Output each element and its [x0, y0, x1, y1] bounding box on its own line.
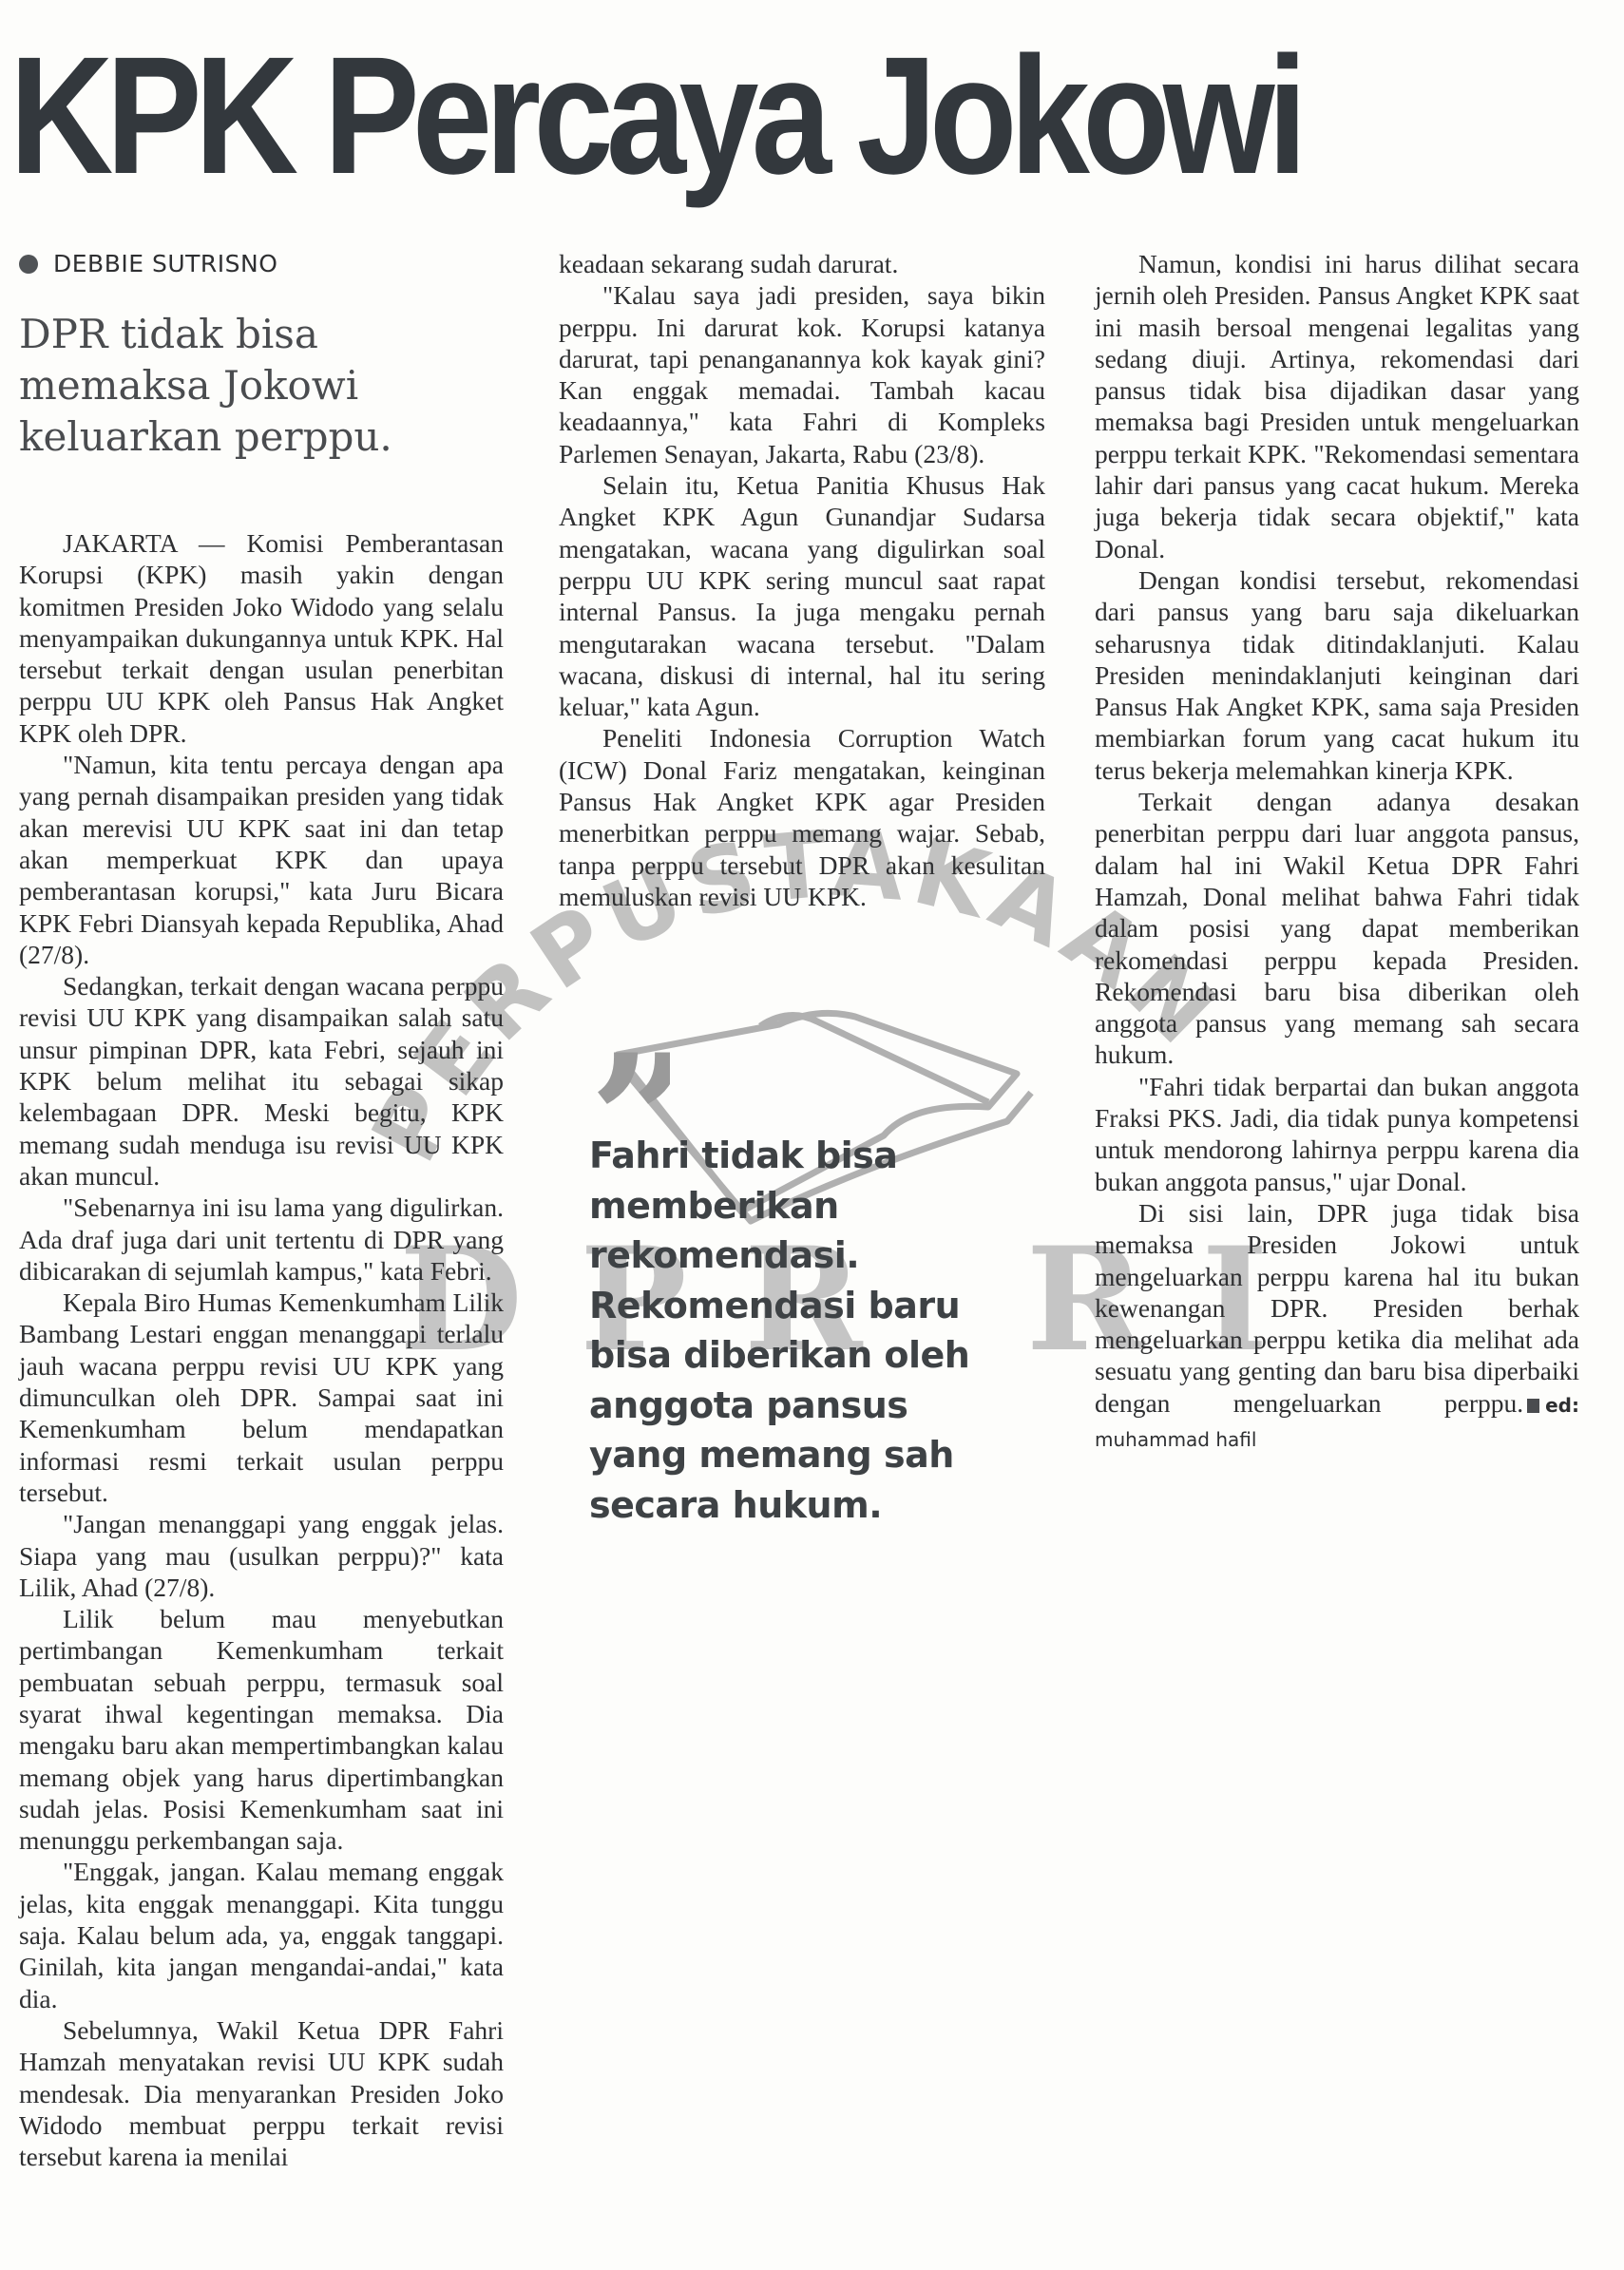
article-column-2: keadaan sekarang sudah darurat. "Kalau s…: [559, 248, 1045, 912]
editor-name: muhammad hafil: [1095, 1428, 1256, 1451]
author-name: DEBBIE SUTRISNO: [53, 250, 277, 277]
editor-label: ed:: [1545, 1394, 1579, 1417]
byline: DEBBIE SUTRISNO: [19, 250, 277, 277]
bullet-dot-icon: [19, 255, 38, 274]
paragraph: Terkait dengan adanya desakan penerbitan…: [1095, 786, 1579, 1071]
paragraph: Sebelumnya, Wakil Ketua DPR Fahri Hamzah…: [19, 2014, 504, 2172]
article-column-3: Namun, kondisi ini harus dilihat secara …: [1095, 248, 1579, 1456]
paragraph: Di sisi lain, DPR juga tidak bisa memaks…: [1095, 1197, 1579, 1456]
paragraph: Kepala Biro Humas Kemenkumham Lilik Bamb…: [19, 1287, 504, 1508]
article-column-1: JAKARTA — Komisi Pemberantasan Korupsi (…: [19, 527, 504, 2172]
subheadline: DPR tidak bisa memaksa Jokowi keluarkan …: [19, 309, 513, 463]
paragraph: Peneliti Indonesia Corruption Watch (ICW…: [559, 722, 1045, 912]
headline: KPK Percaya Jokowi: [10, 21, 1390, 211]
paragraph: "Jangan menanggapi yang enggak jelas. Si…: [19, 1508, 504, 1603]
paragraph: JAKARTA — Komisi Pemberantasan Korupsi (…: [19, 527, 504, 749]
paragraph: "Namun, kita tentu percaya dengan apa ya…: [19, 749, 504, 970]
paragraph: "Fahri tidak berpartai dan bukan anggota…: [1095, 1071, 1579, 1197]
paragraph: "Enggak, jangan. Kalau memang enggak jel…: [19, 1856, 504, 2013]
pull-quote: Fahri tidak bisa memberikan rekomendasi.…: [589, 1131, 988, 1530]
paragraph-text: Di sisi lain, DPR juga tidak bisa memaks…: [1095, 1198, 1579, 1418]
paragraph: Sedangkan, terkait dengan wacana perppu …: [19, 970, 504, 1192]
paragraph: Namun, kondisi ini harus dilihat secara …: [1095, 248, 1579, 564]
paragraph: Lilik belum mau menyebutkan pertimbangan…: [19, 1603, 504, 1856]
paragraph: Selain itu, Ketua Panitia Khusus Hak Ang…: [559, 469, 1045, 722]
end-mark-icon: [1527, 1399, 1539, 1413]
quote-mark-icon: ”: [589, 1031, 670, 1107]
paragraph: keadaan sekarang sudah darurat.: [559, 248, 1045, 279]
paragraph: "Sebenarnya ini isu lama yang digulirkan…: [19, 1192, 504, 1287]
paragraph: Dengan kondisi tersebut, rekomendasi dar…: [1095, 564, 1579, 786]
paragraph: "Kalau saya jadi presiden, saya bikin pe…: [559, 279, 1045, 469]
